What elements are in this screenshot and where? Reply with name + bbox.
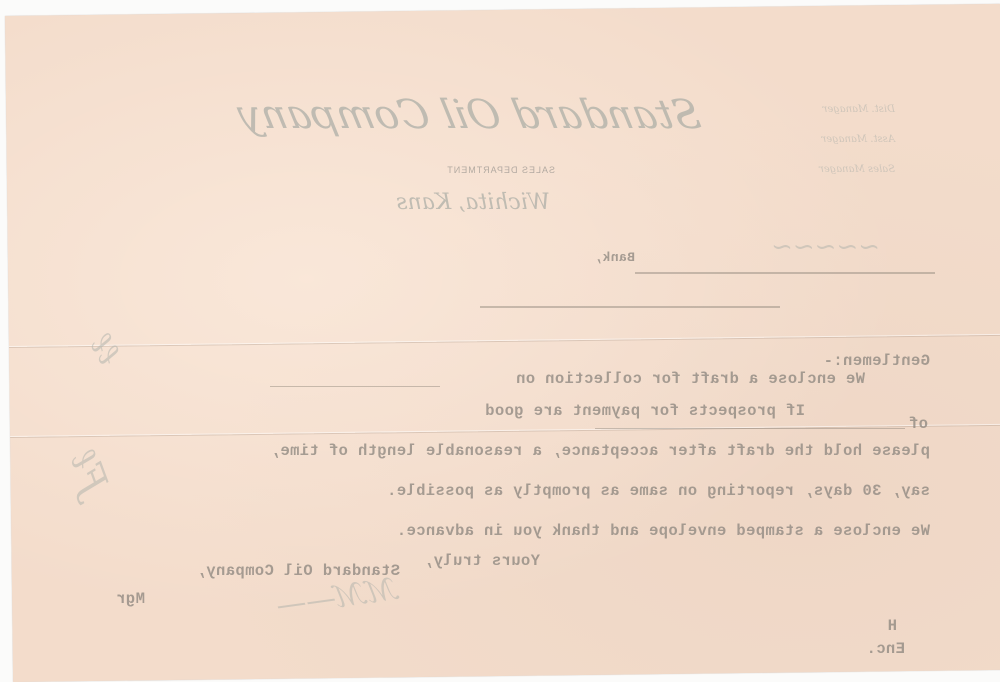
- body-line-4: say, 30 days, reporting on same as promp…: [387, 482, 930, 500]
- collection-on-blank: [270, 386, 440, 387]
- body-line-5: We enclose a stamped envelope and thank …: [396, 522, 930, 540]
- handwritten-bank-name: ~~~~~: [771, 232, 880, 262]
- mirrored-content: Standard Oil Company SALES DEPARTMENT Wi…: [0, 0, 1000, 682]
- side-block-line: Asst. Manager: [819, 125, 895, 155]
- of-blank: [595, 428, 905, 429]
- margin-handwriting: Ƒℓ: [61, 445, 118, 500]
- body-line-3: please hold the draft after acceptance, …: [270, 442, 930, 460]
- bank-label: Bank,: [594, 250, 635, 265]
- addressee-underline: [635, 272, 935, 274]
- side-block-line: Sales Manager: [819, 155, 895, 185]
- closing-title: Mgr: [116, 590, 145, 608]
- letterhead-company: Standard Oil Company: [234, 92, 705, 138]
- letterhead-department: SALES DEPARTMENT: [446, 165, 555, 175]
- footer-initials: H: [887, 617, 897, 635]
- letterhead-side-block: Dist. Manager Asst. Manager Sales Manage…: [819, 95, 895, 185]
- side-block-line: Dist. Manager: [819, 95, 895, 125]
- body-line-1: We enclose a draft for collection on: [516, 370, 865, 388]
- footer-enclosure: Enc.: [866, 640, 905, 658]
- salutation: Gentlemen:-: [823, 352, 930, 370]
- body-line-2-prefix: of: [909, 415, 928, 433]
- margin-handwriting: ℓℓ: [81, 328, 130, 373]
- closing-yours-truly: Yours truly,: [424, 552, 540, 570]
- letterhead-place-date: Wichita, Kans: [396, 190, 550, 215]
- address-underline: [480, 306, 780, 308]
- body-line-2: If prospects for payment are good: [485, 402, 805, 420]
